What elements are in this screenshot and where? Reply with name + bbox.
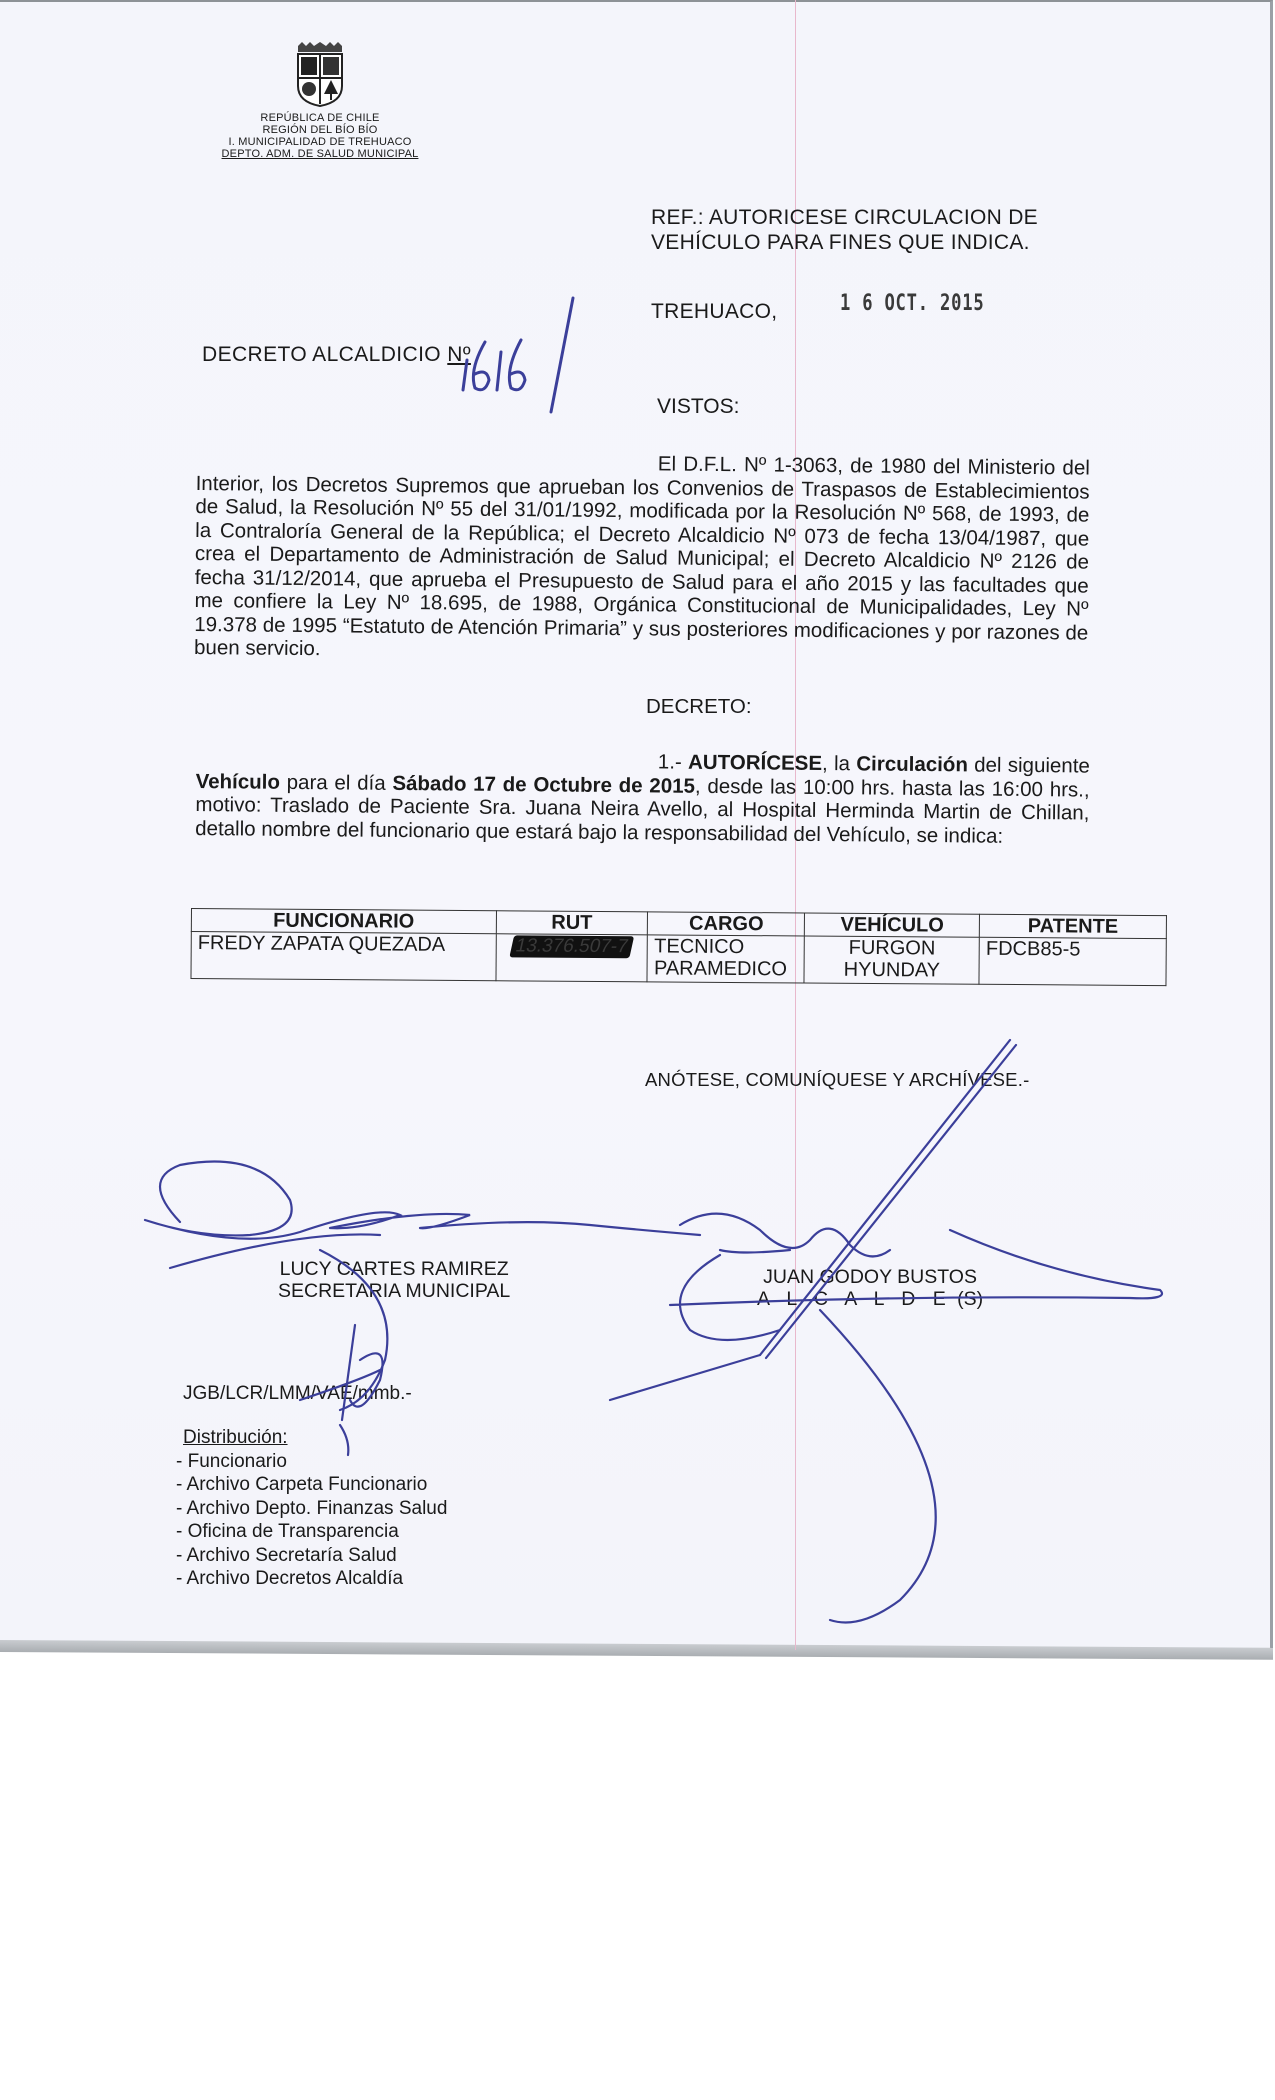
text-fragment: , la: [822, 752, 856, 775]
reference-subject: REF.: AUTORICESE CIRCULACION DE VEHÍCULO…: [651, 205, 1038, 255]
cell-rut: 13.376.507-7: [496, 934, 648, 982]
column-header: FUNCIONARIO: [191, 909, 496, 934]
list-item: - Archivo Decretos Alcaldía: [176, 1567, 447, 1591]
cell-vehiculo: FURGONHYUNDAY: [804, 936, 979, 984]
secretary-name: LUCY CARTES RAMIREZ: [278, 1258, 510, 1280]
distribution-list: Distribución: - Funcionario - Archivo Ca…: [176, 1404, 447, 1591]
place-label: TREHUACO,: [651, 300, 777, 324]
header-line: REPÚBLICA DE CHILE: [210, 112, 430, 124]
mayor-signature-block: JUAN GODOY BUSTOS A L C A L D E (S): [757, 1266, 983, 1310]
table-row: FREDY ZAPATA QUEZADA 13.376.507-7 TECNIC…: [191, 932, 1166, 986]
vistos-heading: VISTOS:: [657, 395, 739, 419]
cargo-line: TECNICO: [654, 935, 798, 958]
list-item: - Archivo Carpeta Funcionario: [176, 1473, 447, 1497]
secretary-signature-block: LUCY CARTES RAMIREZ SECRETARIA MUNICIPAL: [278, 1258, 510, 1302]
text-fragment: para el día: [280, 770, 393, 794]
list-item: - Oficina de Transparencia: [176, 1520, 447, 1544]
date-stamp: 1 6 OCT. 2015: [840, 291, 984, 316]
institution-header: REPÚBLICA DE CHILE REGIÓN DEL BÍO BÍO I.…: [210, 112, 430, 160]
list-item: - Archivo Depto. Finanzas Salud: [176, 1497, 447, 1521]
decree-number-text: 1616: [545, 371, 555, 376]
reference-line-1: REF.: AUTORICESE CIRCULACION DE: [651, 205, 1038, 230]
column-header: RUT: [496, 911, 648, 935]
text-fragment: del siguiente: [968, 753, 1090, 777]
vehicle-line: HYUNDAY: [811, 959, 973, 982]
vehicle-line: FURGON: [811, 937, 973, 960]
cell-cargo: TECNICOPARAMEDICO: [647, 935, 804, 983]
column-header: VEHÍCULO: [805, 913, 980, 937]
mayor-title: A L C A L D E: [757, 1288, 952, 1310]
column-header: CARGO: [648, 912, 805, 936]
secretary-title: SECRETARIA MUNICIPAL: [278, 1280, 510, 1302]
vistos-paragraph: El D.F.L. Nº 1-3063, de 1980 del Ministe…: [194, 448, 1090, 668]
header-line: REGIÓN DEL BÍO BÍO: [210, 124, 430, 136]
decree-label: DECRETO ALCALDICIO: [202, 343, 447, 366]
vehicle-word: Vehículo: [196, 769, 281, 793]
authorized-date: Sábado 17 de Octubre de 2015: [392, 771, 695, 797]
decreto-heading: DECRETO:: [646, 695, 752, 719]
item-number: 1.-: [658, 750, 688, 773]
mayor-title-line: A L C A L D E (S): [757, 1288, 983, 1310]
decreto-paragraph: 1.- AUTORÍCESE, la Circulación del sigui…: [195, 746, 1090, 849]
redacted-rut: 13.376.507-7: [509, 935, 634, 958]
list-item: - Archivo Secretaría Salud: [176, 1544, 447, 1568]
circulation-word: Circulación: [856, 752, 968, 776]
vehicle-assignment-table: FUNCIONARIO RUT CARGO VEHÍCULO PATENTE F…: [190, 908, 1166, 986]
decree-number-label: DECRETO ALCALDICIO Nº: [202, 343, 471, 367]
reference-line-2: VEHÍCULO PARA FINES QUE INDICA.: [651, 230, 1038, 255]
closing-formula: ANÓTESE, COMUNÍQUESE Y ARCHÍVESE.-: [645, 1069, 1029, 1091]
cell-funcionario: FREDY ZAPATA QUEZADA: [191, 932, 496, 981]
vistos-text: El D.F.L. Nº 1-3063, de 1980 del Ministe…: [194, 452, 1090, 660]
list-item: - Funcionario: [176, 1450, 447, 1474]
cargo-line: PARAMEDICO: [654, 957, 798, 980]
handwritten-decree-number: 1616: [455, 290, 615, 430]
authorize-word: AUTORÍCESE: [688, 751, 822, 775]
mayor-suffix: (S): [952, 1288, 983, 1310]
coat-of-arms-icon: [292, 42, 348, 108]
header-line: I. MUNICIPALIDAD DE TREHUACO: [210, 136, 430, 148]
cell-patente: FDCB85-5: [979, 937, 1166, 985]
mayor-name: JUAN GODOY BUSTOS: [757, 1266, 983, 1288]
column-header: PATENTE: [980, 914, 1167, 938]
initials-reference: JGB/LCR/LMM/VAE/mmb.-: [183, 1383, 412, 1405]
department-name: DEPTO. ADM. DE SALUD MUNICIPAL: [210, 148, 430, 160]
distribution-title: Distribución:: [176, 1426, 447, 1450]
